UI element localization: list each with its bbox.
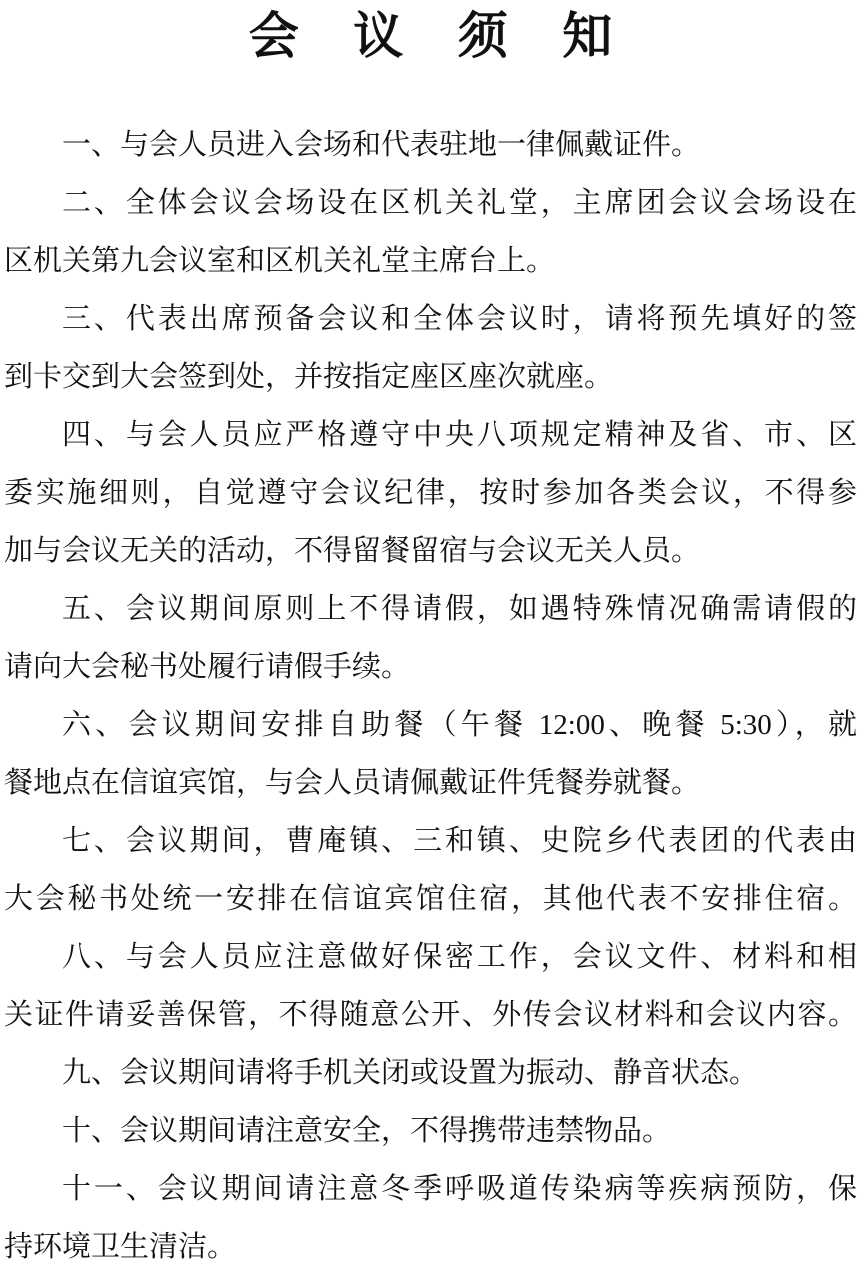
document-title: 会 议 须 知 [4,8,857,64]
notice-item-2-line-2: 区机关第九会议室和区机关礼堂主席台上。 [4,232,857,290]
notice-item-5-line-1: 五、会议期间原则上不得请假，如遇特殊情况确需请假的 [4,580,857,638]
notice-item-4-line-1: 四、与会人员应严格遵守中央八项规定精神及省、市、区 [4,406,857,464]
notice-item-8-line-2: 关证件请妥善保管，不得随意公开、外传会议材料和会议内容。 [4,986,857,1044]
notice-item-8-line-1: 八、与会人员应注意做好保密工作，会议文件、材料和相 [4,928,857,986]
notice-item-9-line-1: 九、会议期间请将手机关闭或设置为振动、静音状态。 [4,1044,857,1102]
notice-item-4-line-2: 委实施细则，自觉遵守会议纪律，按时参加各类会议，不得参 [4,464,857,522]
notice-item-6-line-2: 餐地点在信谊宾馆，与会人员请佩戴证件凭餐券就餐。 [4,754,857,812]
notice-item-5-line-2: 请向大会秘书处履行请假手续。 [4,638,857,696]
document-page: 会 议 须 知 一、与会人员进入会场和代表驻地一律佩戴证件。二、全体会议会场设在… [0,0,861,1286]
notice-item-1-line-1: 一、与会人员进入会场和代表驻地一律佩戴证件。 [4,116,857,174]
notice-item-7-line-1: 七、会议期间，曹庵镇、三和镇、史院乡代表团的代表由 [4,812,857,870]
notice-item-3-line-1: 三、代表出席预备会议和全体会议时，请将预先填好的签 [4,290,857,348]
notice-item-10-line-1: 十、会议期间请注意安全，不得携带违禁物品。 [4,1102,857,1160]
notice-item-11-line-2: 持环境卫生清洁。 [4,1218,857,1276]
notice-items: 一、与会人员进入会场和代表驻地一律佩戴证件。二、全体会议会场设在区机关礼堂，主席… [4,116,857,1276]
notice-item-11-line-1: 十一、会议期间请注意冬季呼吸道传染病等疾病预防，保 [4,1160,857,1218]
notice-item-6-line-1: 六、会议期间安排自助餐（午餐 12:00、晚餐 5:30），就 [4,696,857,754]
notice-item-2-line-1: 二、全体会议会场设在区机关礼堂，主席团会议会场设在 [4,174,857,232]
notice-item-7-line-2: 大会秘书处统一安排在信谊宾馆住宿，其他代表不安排住宿。 [4,870,857,928]
notice-item-4-line-3: 加与会议无关的活动，不得留餐留宿与会议无关人员。 [4,522,857,580]
notice-item-3-line-2: 到卡交到大会签到处，并按指定座区座次就座。 [4,348,857,406]
